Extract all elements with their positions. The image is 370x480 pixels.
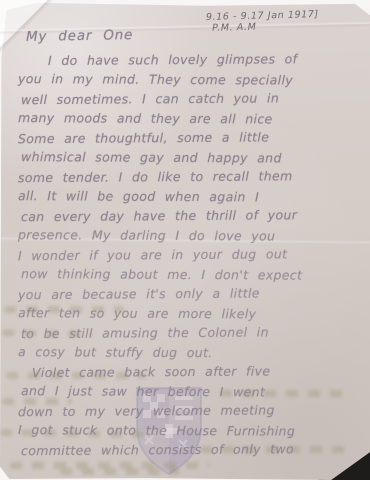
letter-line: well sometimes. I can catch you in	[21, 90, 360, 112]
letter-line: whimsical some gay and happy and	[21, 149, 360, 170]
letter-line: some tender. I do like to recall them	[18, 168, 360, 190]
pencil-date-annotation: 9.16 - 9.17 Jan 1917] P.M. A.M	[206, 8, 357, 34]
letter-line: can every day have the thrill of your	[21, 207, 360, 229]
letter-line: many moods and they are all nice	[18, 110, 360, 131]
letter-line: you in my mind. They come specially	[18, 71, 360, 92]
letter-line: I wonder if you are in your dug out	[18, 246, 360, 268]
letter-salutation: My dear One	[26, 27, 133, 45]
letter-line: all. It will be good when again I	[18, 188, 360, 209]
letter-line: presence. My darling I do love you	[18, 227, 360, 248]
letter-line: now thinking about me. I don't expect	[21, 266, 360, 287]
letter-line: down to my very welcome meeting	[18, 402, 360, 424]
letter-line: I do have such lovely glimpses of	[18, 51, 360, 73]
letter-line: you are because it's only a little	[18, 285, 360, 307]
letter-line: Some are thoughtful, some a little	[18, 129, 360, 151]
letter-line: a cosy but stuffy dug out.	[18, 344, 360, 365]
letter-line: after ten so you are more likely	[18, 305, 360, 326]
letter-line: I got stuck onto the House Furnishing	[18, 422, 360, 443]
letter-line: Violet came back soon after five	[18, 363, 360, 385]
letter-body: I do have such lovely glimpses of you in…	[18, 52, 360, 462]
letter-line: committee which consists of only two	[21, 441, 360, 463]
letter-line: to be still amusing the Colonel in	[21, 324, 360, 346]
letter-line: and I just saw her before I went	[21, 383, 360, 404]
